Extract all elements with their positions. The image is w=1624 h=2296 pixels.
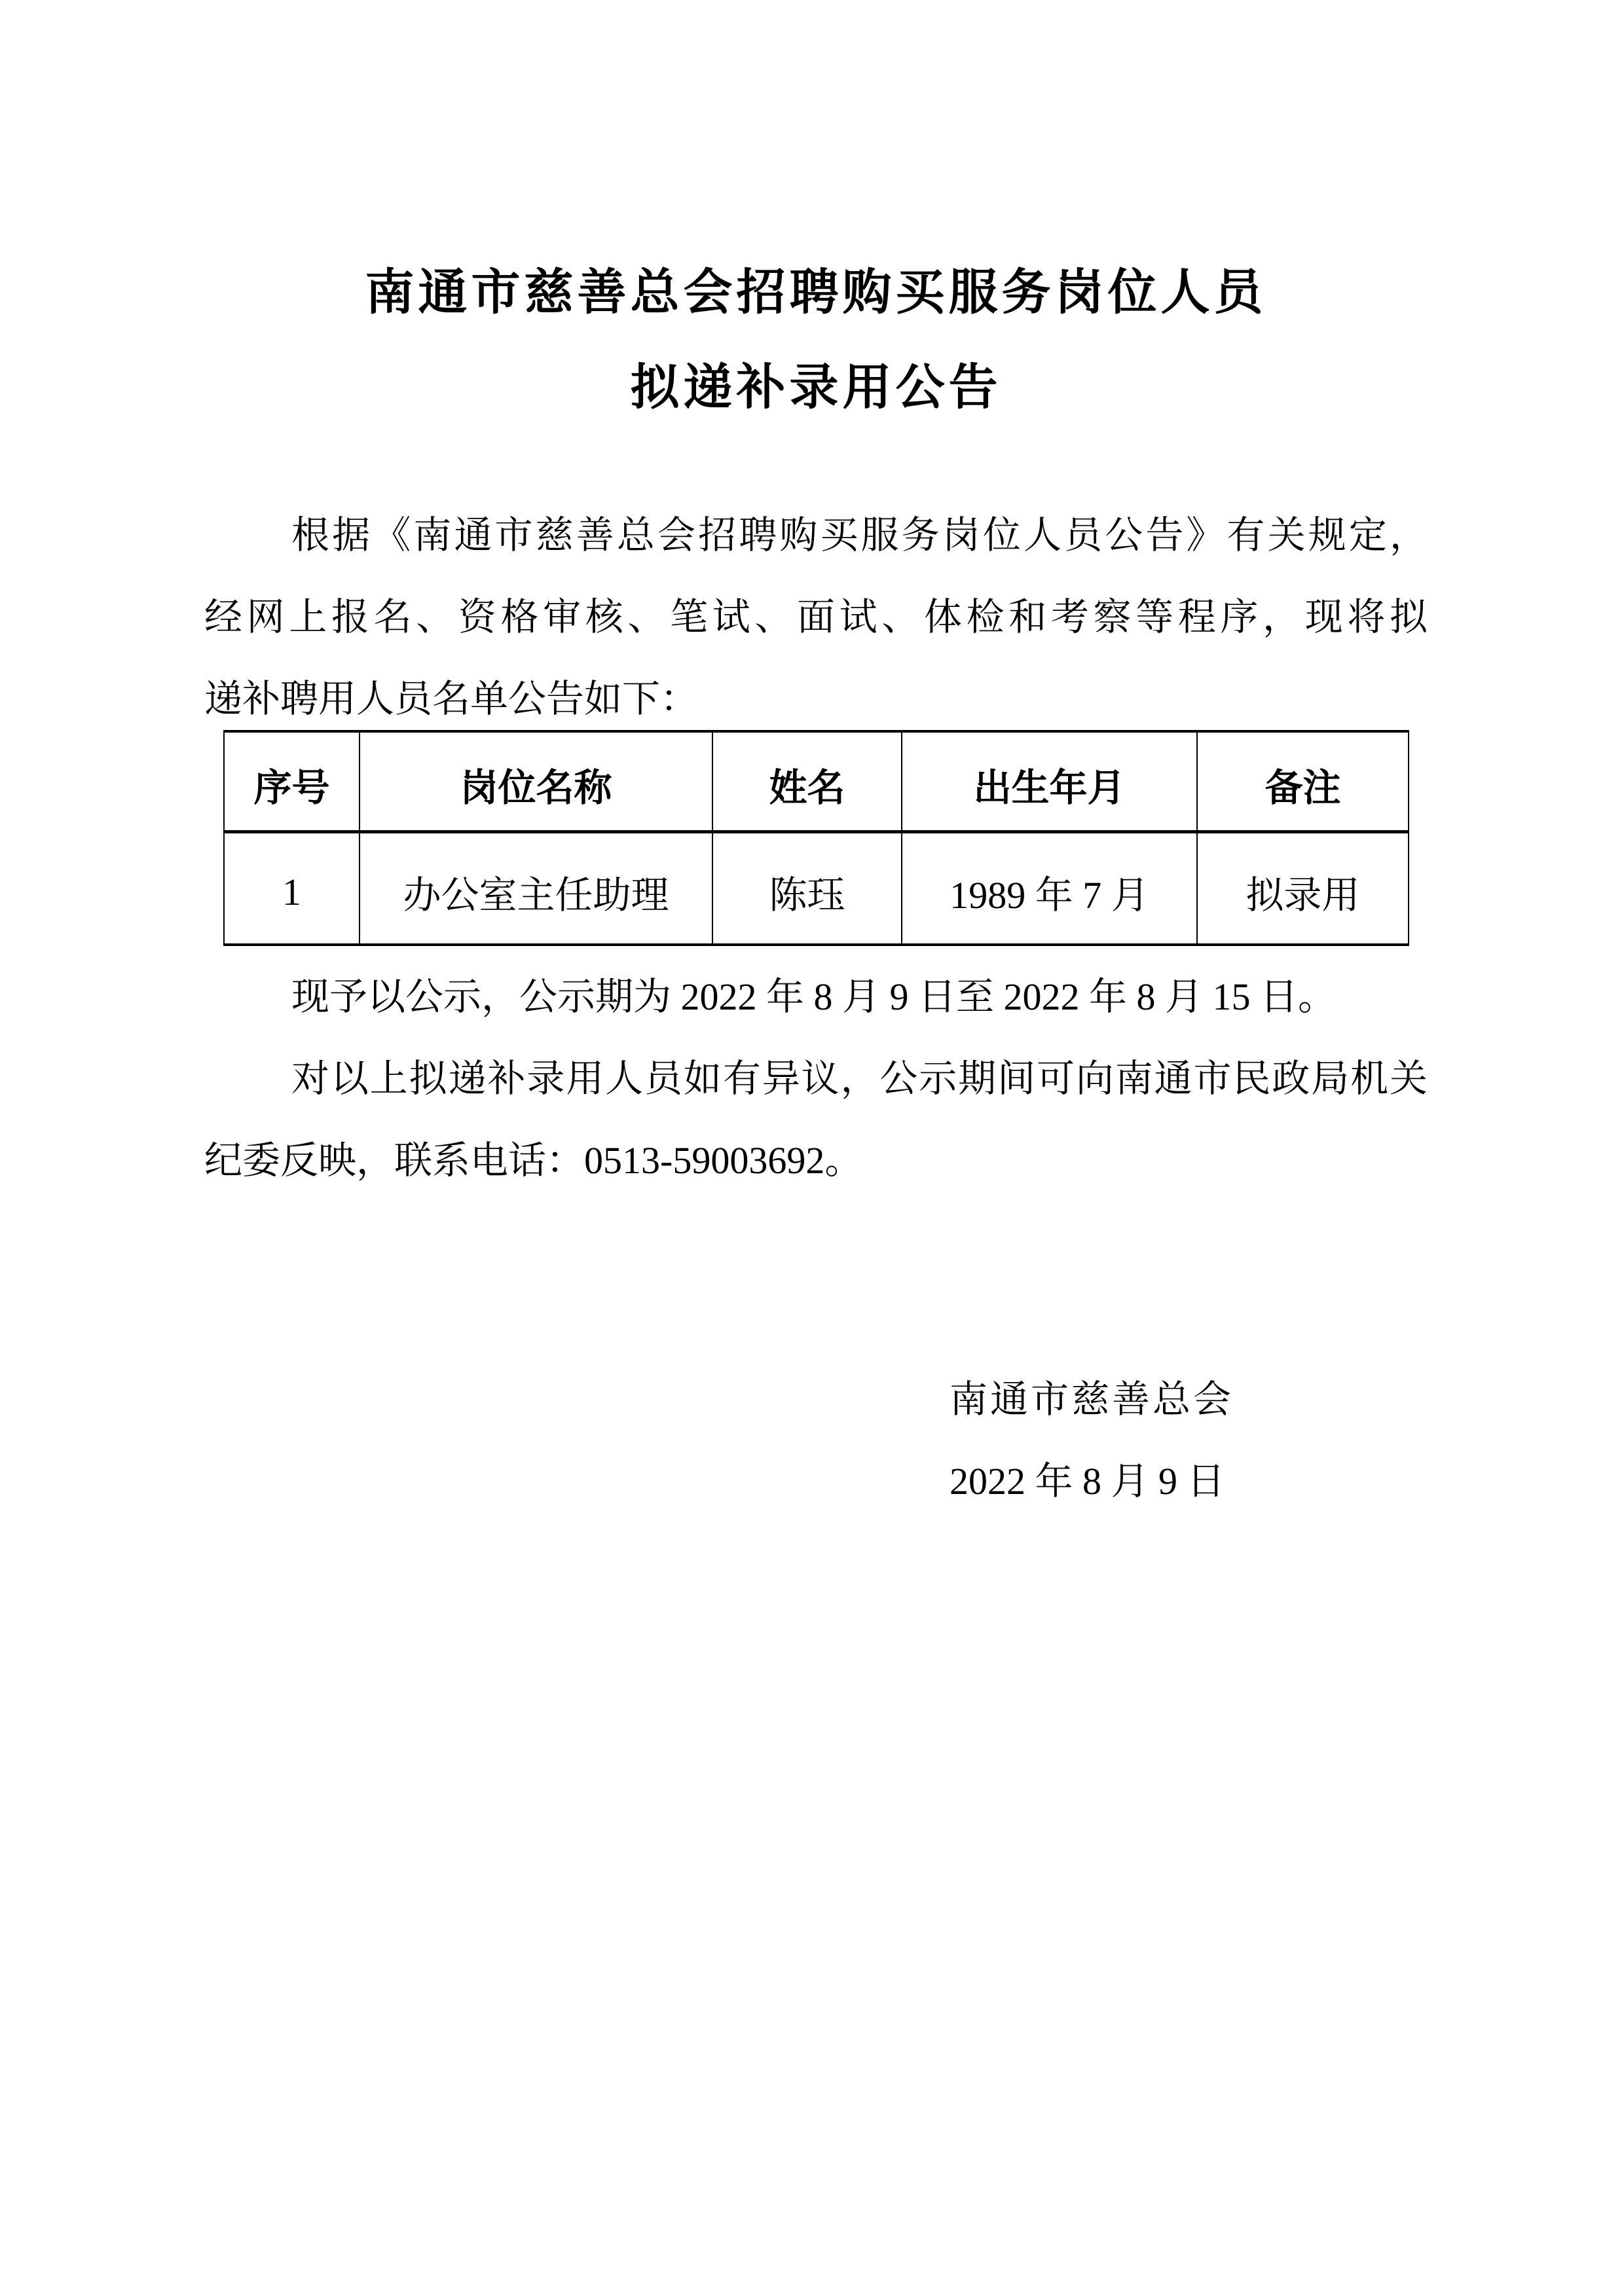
signature-org: 南通市慈善总会	[950, 1358, 1234, 1440]
cell-seq: 1	[224, 832, 360, 945]
header-cell-name: 姓名	[712, 731, 902, 832]
publicity-paragraph: 现予以公示，公示期为 2022 年 8 月 9 日至 2022 年 8 月 15…	[204, 956, 1428, 1038]
cell-name: 陈珏	[712, 832, 902, 945]
objection-paragraph: 对以上拟递补录用人员如有异议，公示期间可向南通市民政局机关 纪委反映，联系电话：…	[204, 1038, 1428, 1201]
signature-date: 2022 年 8 月 9 日	[950, 1440, 1234, 1522]
table-row: 1 办公室主任助理 陈珏 1989 年 7 月 拟录用	[224, 832, 1409, 945]
header-cell-seq: 序号	[224, 731, 360, 832]
intro-line-1: 根据《南通市慈善总会招聘购买服务岗位人员公告》有关规定，	[204, 494, 1428, 576]
header-cell-remark: 备注	[1197, 731, 1409, 832]
title-line-1: 南通市慈善总会招聘购买服务岗位人员	[204, 246, 1428, 340]
objection-line-2: 纪委反映，联系电话：0513-59003692。	[204, 1120, 1428, 1201]
document-title: 南通市慈善总会招聘购买服务岗位人员 拟递补录用公告	[204, 0, 1428, 435]
cell-birthdate: 1989 年 7 月	[902, 832, 1197, 945]
cell-position: 办公室主任助理	[360, 832, 712, 945]
recruitment-roster-table: 序号 岗位名称 姓名 出生年月 备注 1 办公室主任助理 陈珏 1989 年 7…	[223, 730, 1409, 946]
title-line-2: 拟递补录用公告	[204, 340, 1428, 435]
header-cell-birthdate: 出生年月	[902, 731, 1197, 832]
cell-remark: 拟录用	[1197, 832, 1409, 945]
intro-line-2: 经网上报名、资格审核、笔试、面试、体检和考察等程序，现将拟	[204, 576, 1428, 658]
intro-line-3: 递补聘用人员名单公告如下：	[204, 658, 1428, 740]
publicity-line-1: 现予以公示，公示期为 2022 年 8 月 9 日至 2022 年 8 月 15…	[204, 956, 1428, 1038]
signature-block: 南通市慈善总会 2022 年 8 月 9 日	[950, 1358, 1234, 1522]
intro-paragraph: 根据《南通市慈善总会招聘购买服务岗位人员公告》有关规定， 经网上报名、资格审核、…	[204, 494, 1428, 740]
objection-line-1: 对以上拟递补录用人员如有异议，公示期间可向南通市民政局机关	[204, 1038, 1428, 1120]
document-page: 南通市慈善总会招聘购买服务岗位人员 拟递补录用公告 根据《南通市慈善总会招聘购买…	[0, 0, 1624, 2296]
table-header-row: 序号 岗位名称 姓名 出生年月 备注	[224, 731, 1409, 832]
header-cell-position: 岗位名称	[360, 731, 712, 832]
